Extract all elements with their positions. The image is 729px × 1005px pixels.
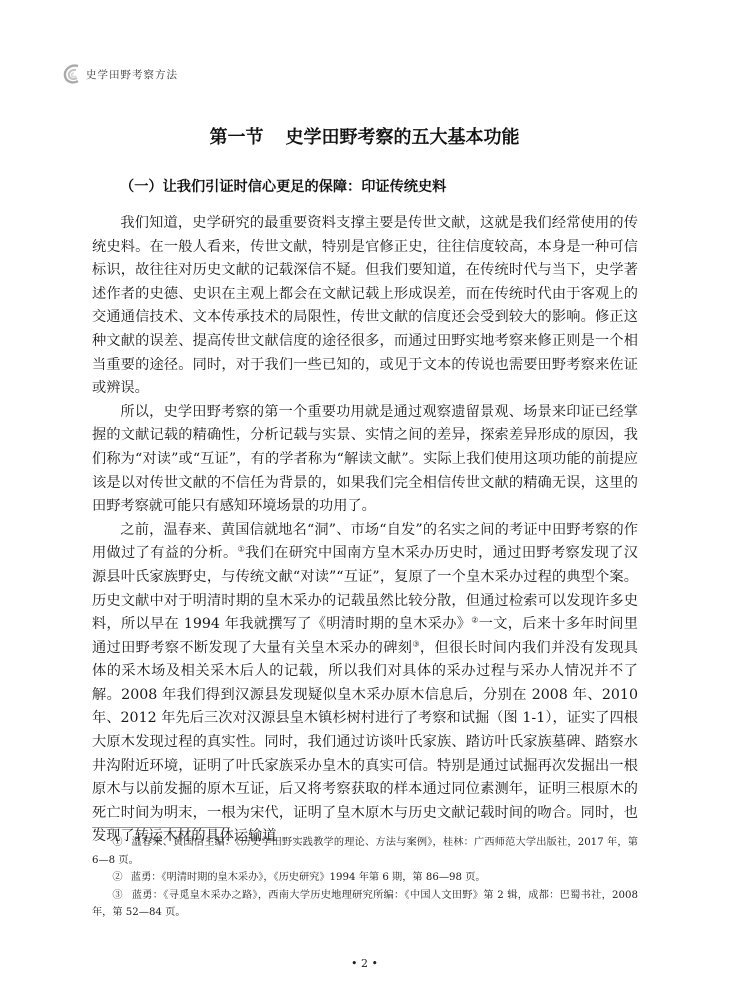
footnote-marker: ① bbox=[112, 837, 126, 848]
running-head: 史学田野考察方法 bbox=[62, 60, 178, 88]
footnotes: ① 温春来、黄国信主编：《历史学田野实践教学的理论、方法与案例》，桂林：广西师范… bbox=[92, 834, 638, 922]
paragraph-text: 我们知道，史学研究的最重要资料支撑主要是传世文献，这就是我们经常使用的传统史料。… bbox=[92, 215, 638, 396]
footnote-text: 蓝勇：《明清时期的皇木采办》，《历史研究》1994 年第 6 期，第 86—98… bbox=[131, 872, 486, 883]
footnote-marker: ③ bbox=[112, 890, 126, 901]
running-head-title: 史学田野考察方法 bbox=[86, 67, 178, 82]
section-title: 第一节史学田野考察的五大基本功能 bbox=[0, 123, 729, 149]
footnote-reference[interactable]: ③ bbox=[412, 639, 420, 648]
footnote-text: 温春来、黄国信主编：《历史学田野实践教学的理论、方法与案例》，桂林：广西师范大学… bbox=[92, 837, 638, 866]
paragraph-text: ，但很长时间内我们并没有发现具体的采木场及相关采木后人的记载，所以我们对具体的采… bbox=[92, 640, 638, 845]
footnote: ② 蓝勇：《明清时期的皇木采办》，《历史研究》1994 年第 6 期，第 86—… bbox=[92, 869, 638, 887]
body-paragraph: 之前，温春来、黄国信就地名“洞”、市场“自发”的名实之间的考证中田野考察的作用做… bbox=[92, 519, 638, 849]
paragraph-text: 所以，史学田野考察的第一个重要功用就是通过观察遗留景观、场景来印证已经掌握的文献… bbox=[92, 404, 638, 514]
swirl-wave-logo-icon bbox=[62, 63, 84, 85]
body-paragraph: 所以，史学田野考察的第一个重要功用就是通过观察遗留景观、场景来印证已经掌握的文献… bbox=[92, 401, 638, 519]
footnote-text: 蓝勇：《寻觅皇木采办之路》，西南大学历史地理研究所编：《中国人文田野》第 2 辑… bbox=[92, 890, 638, 919]
footnote-divider bbox=[92, 827, 230, 828]
section-heading: 史学田野考察的五大基本功能 bbox=[286, 127, 520, 148]
footnote: ③ 蓝勇：《寻觅皇木采办之路》，西南大学历史地理研究所编：《中国人文田野》第 2… bbox=[92, 887, 638, 922]
section-number: 第一节 bbox=[210, 127, 264, 148]
page-number: • 2 • bbox=[0, 957, 729, 970]
footnote-reference[interactable]: ② bbox=[471, 615, 479, 624]
footnote-marker: ② bbox=[112, 872, 125, 883]
body-paragraph: 我们知道，史学研究的最重要资料支撑主要是传世文献，这就是我们经常使用的传统史料。… bbox=[92, 212, 638, 401]
body-text: 我们知道，史学研究的最重要资料支撑主要是传世文献，这就是我们经常使用的传统史料。… bbox=[92, 212, 638, 849]
footnote: ① 温春来、黄国信主编：《历史学田野实践教学的理论、方法与案例》，桂林：广西师范… bbox=[92, 834, 638, 869]
subsection-heading: （一）让我们引证时信心更足的保障：印证传统史料 bbox=[120, 176, 446, 196]
